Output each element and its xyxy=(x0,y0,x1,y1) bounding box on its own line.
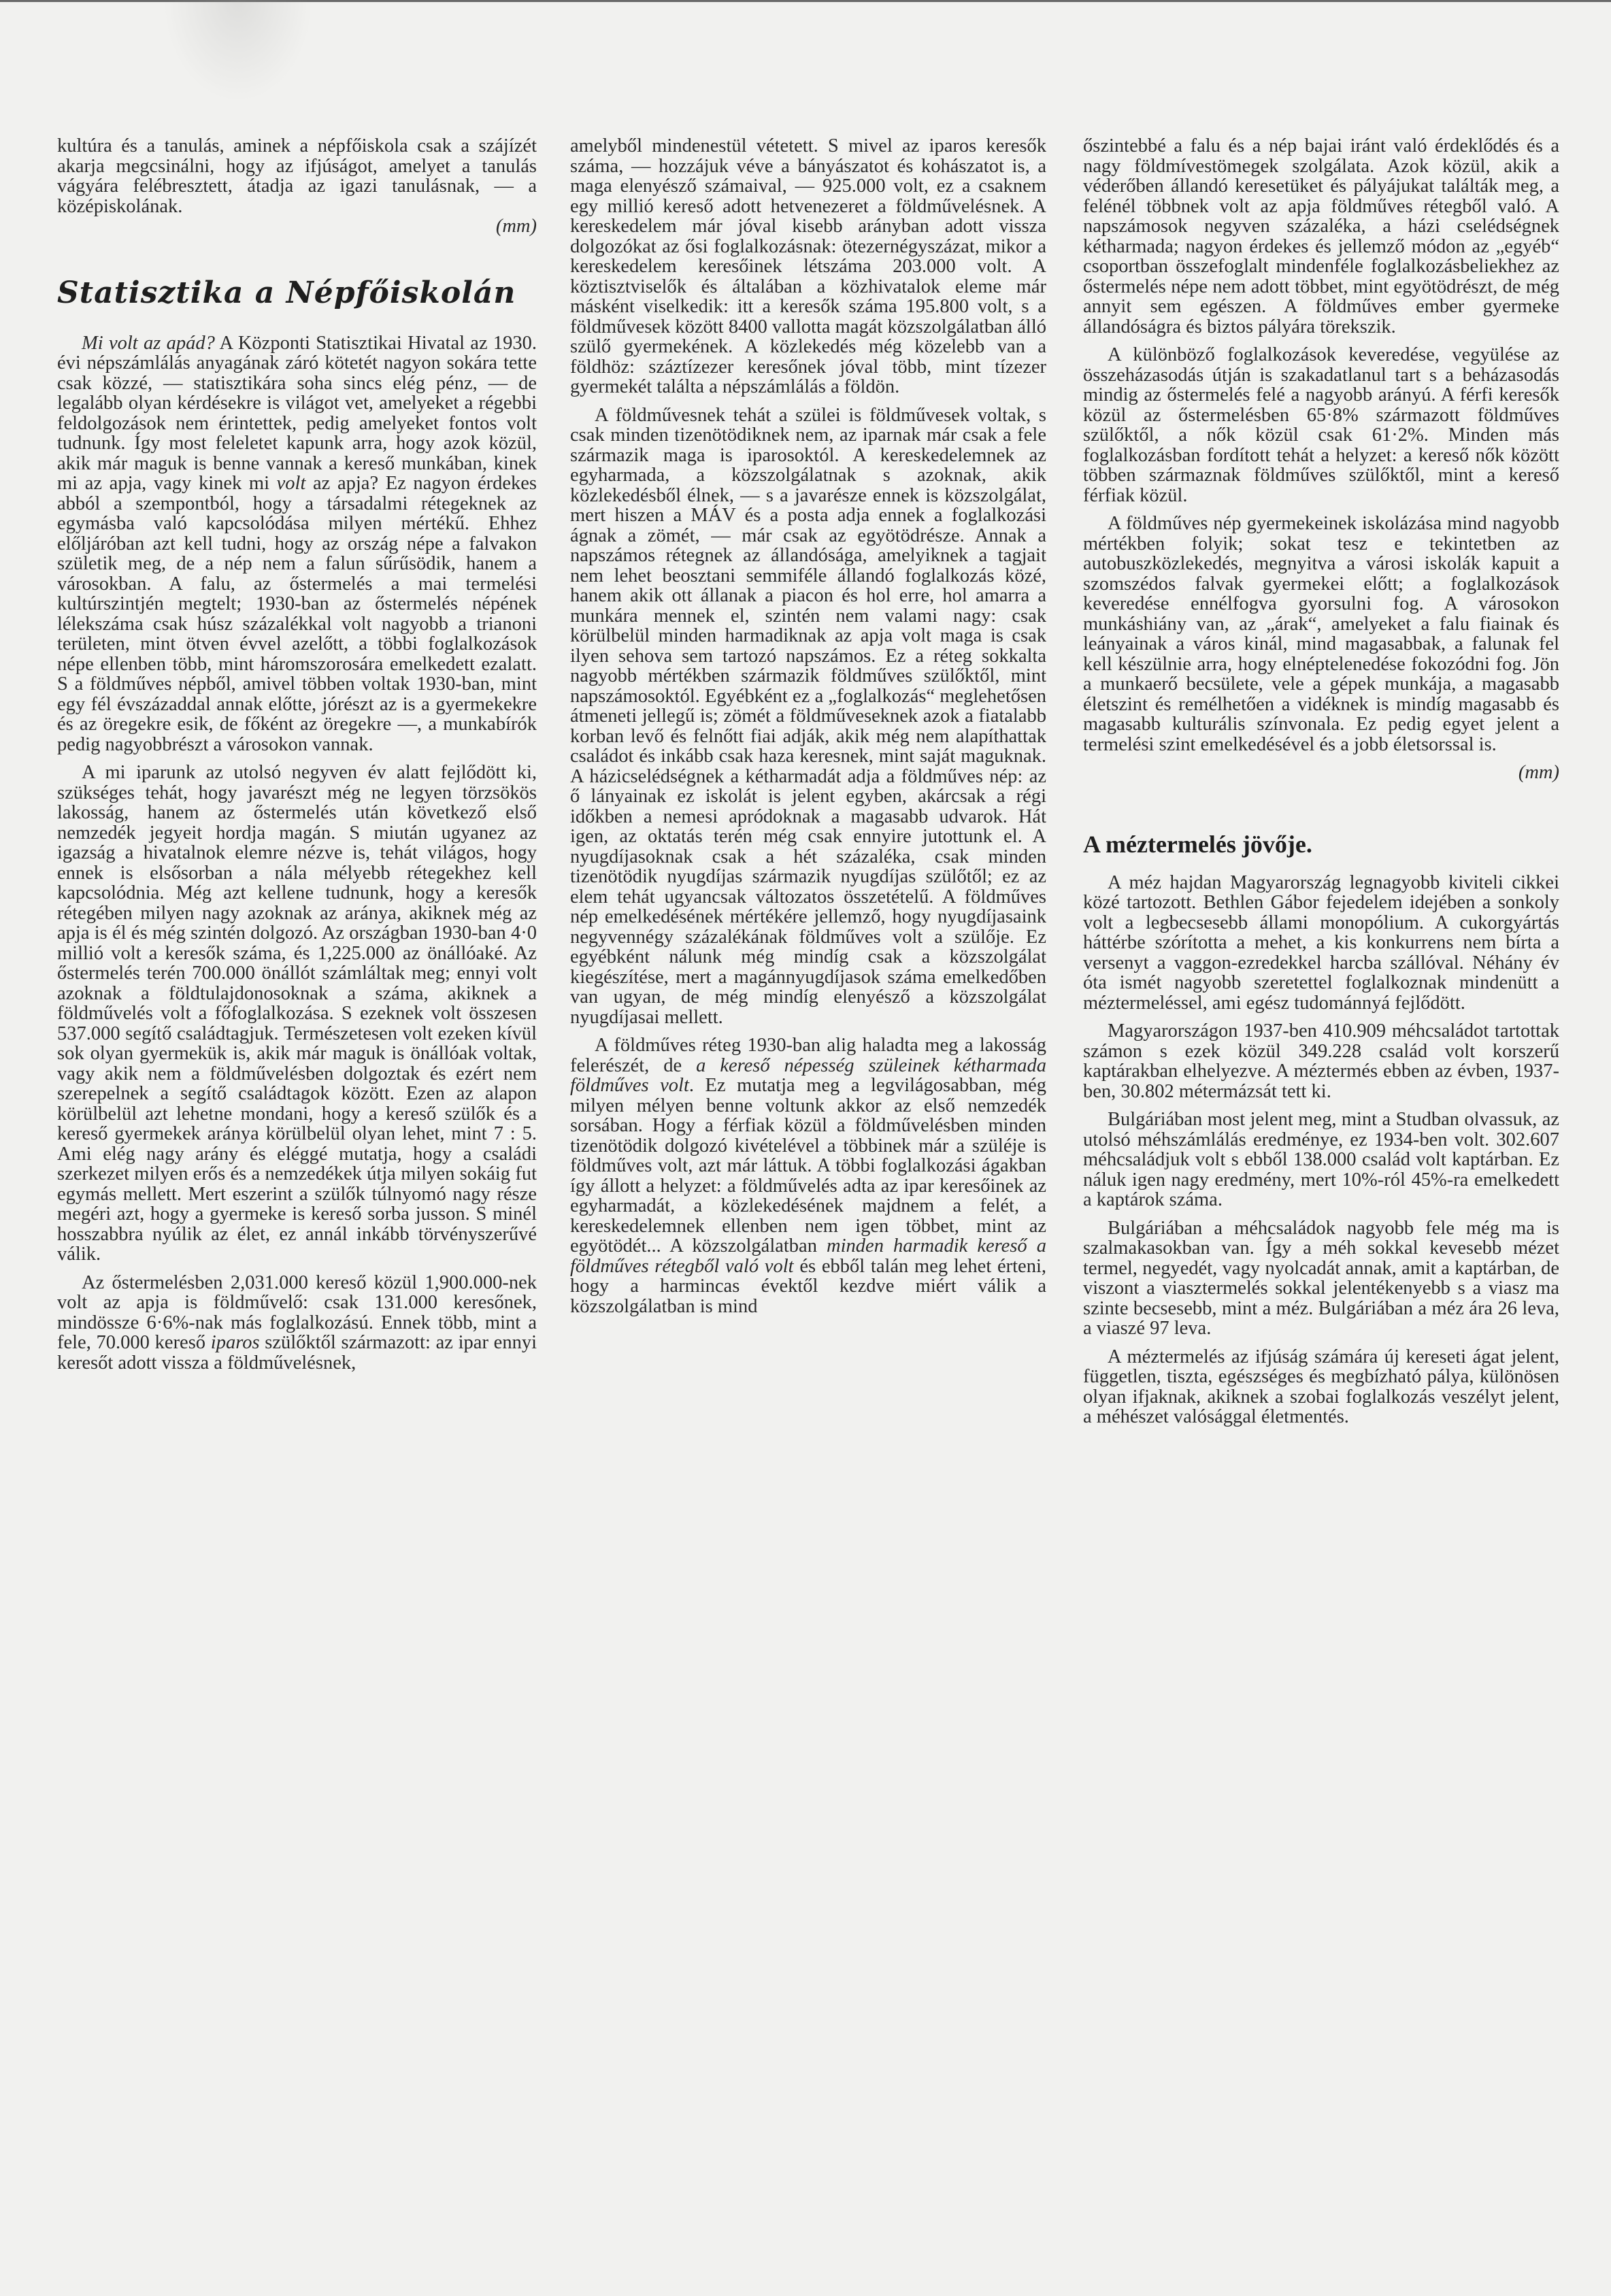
paragraph: A földműves nép gyermekeinek iskolázása … xyxy=(1083,514,1559,754)
author-signature: (mm) xyxy=(57,216,537,237)
paragraph: A földművesnek tehát a szülei is földműv… xyxy=(570,405,1046,1028)
column-right: őszintebbé a falu és a nép bajai iránt v… xyxy=(1083,136,1559,1435)
paragraph: A méz hajdan Magyarország legnagyobb kiv… xyxy=(1083,873,1559,1014)
column-middle: amelyből mindenestül vétetett. S mivel a… xyxy=(570,136,1046,1325)
paragraph: A különböző foglalkozások keveredése, ve… xyxy=(1083,345,1559,505)
paragraph: Magyarországon 1937-ben 410.909 méhcsalá… xyxy=(1083,1021,1559,1101)
previous-article-ending: kultúra és a tanulás, aminek a népfőisko… xyxy=(57,136,537,216)
article-title-honey: A méztermelés jövője. xyxy=(1083,831,1559,858)
paper-stain xyxy=(163,0,313,102)
article-title-statistics: Statisztika a Népfőiskolán xyxy=(57,276,537,310)
paragraph: Bulgáriában most jelent meg, mint a Stud… xyxy=(1083,1110,1559,1210)
paragraph: A méztermelés az ifjúság számára új kere… xyxy=(1083,1347,1559,1427)
italic-lead: Mi volt az apád? xyxy=(82,333,215,354)
column-left: kultúra és a tanulás, aminek a népfőisko… xyxy=(57,136,537,1381)
paragraph: Bulgáriában a méhcsaládok nagyobb fele m… xyxy=(1083,1218,1559,1339)
paragraph-continued: amelyből mindenestül vétetett. S mivel a… xyxy=(570,136,1046,397)
paragraph: Az őstermelésben 2,031.000 kereső közül … xyxy=(57,1273,537,1374)
paragraph: A földműves réteg 1930-ban alig haladta … xyxy=(570,1035,1046,1316)
paragraph: A mi iparunk az utolsó negyven év alatt … xyxy=(57,763,537,1265)
paragraph-continued: őszintebbé a falu és a nép bajai iránt v… xyxy=(1083,136,1559,337)
paragraph: Mi volt az apád? A Központi Statisztikai… xyxy=(57,333,537,755)
author-signature: (mm) xyxy=(1083,763,1559,783)
